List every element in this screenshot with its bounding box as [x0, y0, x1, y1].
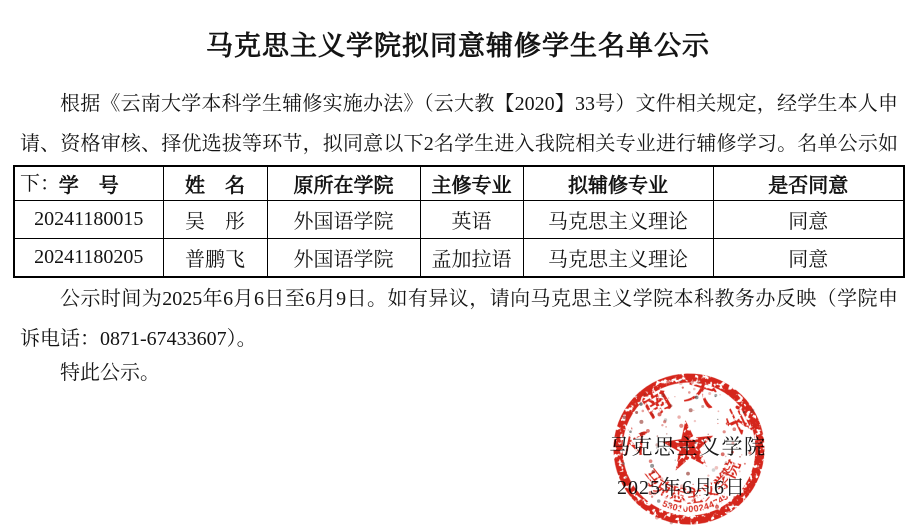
col-header-minor: 拟辅修专业 [523, 166, 713, 201]
announcement-document: 马克思主义学院拟同意辅修学生名单公示 根据《云南大学本科学生辅修实施办法》（云大… [0, 0, 916, 527]
table-cell-minor: 马克思主义理论 [523, 239, 713, 278]
page-title: 马克思主义学院拟同意辅修学生名单公示 [0, 24, 916, 63]
table-cell-origin-college: 外国语学院 [267, 201, 420, 239]
table-cell-major: 孟加拉语 [420, 239, 523, 278]
table-cell-student-id: 20241180205 [14, 239, 163, 278]
star-icon [660, 417, 717, 472]
col-header-origin-college: 原所在学院 [267, 166, 420, 201]
col-header-student-id: 学 号 [14, 166, 163, 201]
table-cell-major: 英语 [420, 201, 523, 239]
table-row: 20241180205 普鹏飞 外国语学院 孟加拉语 马克思主义理论 同意 [14, 239, 904, 278]
table-cell-approval: 同意 [713, 239, 904, 278]
col-header-major: 主修专业 [420, 166, 523, 201]
table-cell-name: 吴 彤 [163, 201, 267, 239]
table-cell-origin-college: 外国语学院 [267, 239, 420, 278]
official-seal: 云南大学 马克思主义学院 5301000244745 [604, 364, 774, 527]
table-cell-minor: 马克思主义理论 [523, 201, 713, 239]
table-cell-name: 普鹏飞 [163, 239, 267, 278]
table-row: 20241180015 吴 彤 外国语学院 英语 马克思主义理论 同意 [14, 201, 904, 239]
students-table: 学 号 姓 名 原所在学院 主修专业 拟辅修专业 是否同意 2024118001… [13, 165, 905, 278]
table-cell-approval: 同意 [713, 201, 904, 239]
table-header-row: 学 号 姓 名 原所在学院 主修专业 拟辅修专业 是否同意 [14, 166, 904, 201]
closing-line: 特此公示。 [20, 356, 160, 385]
notice-paragraph: 公示时间为2025年6月6日至6月9日。如有异议，请向马克思主义学院本科教务办反… [20, 279, 898, 359]
col-header-approval: 是否同意 [713, 166, 904, 201]
col-header-name: 姓 名 [163, 166, 267, 201]
table-cell-student-id: 20241180015 [14, 201, 163, 239]
